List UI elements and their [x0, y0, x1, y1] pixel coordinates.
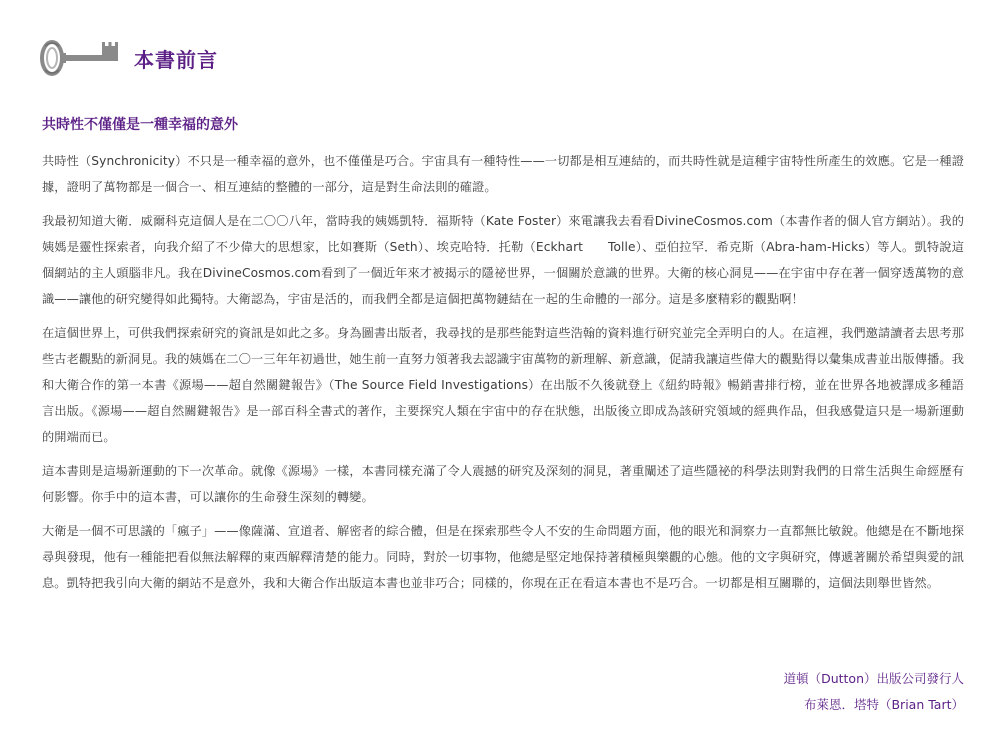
signature-name: 布萊恩．塔特（Brian Tart） — [784, 692, 964, 718]
signature: 道頓（Dutton）出版公司發行人 布萊恩．塔特（Brian Tart） — [784, 666, 964, 718]
paragraph: 這本書則是這場新運動的下一次革命。就像《源場》一樣，本書同樣充滿了令人震撼的研究… — [42, 458, 964, 510]
page-title: 本書前言 — [134, 44, 218, 73]
paragraph: 大衛是一個不可思議的「瘋子」——像薩滿、宣道者、解密者的綜合體，但是在探索那些令… — [42, 518, 964, 596]
paragraph: 共時性（Synchronicity）不只是一種幸福的意外，也不僅僅是巧合。宇宙具… — [42, 148, 964, 200]
paragraph: 我最初知道大衛．威爾科克這個人是在二〇〇八年，當時我的姨媽凱特．福斯特（Kate… — [42, 208, 964, 312]
key-icon — [40, 38, 126, 78]
paragraph: 在這個世界上，可供我們探索研究的資訊是如此之多。身為圖書出版者，我尋找的是那些能… — [42, 320, 964, 450]
section-subtitle: 共時性不僅僅是一種幸福的意外 — [42, 114, 238, 134]
signature-publisher: 道頓（Dutton）出版公司發行人 — [784, 666, 964, 692]
body-text: 共時性（Synchronicity）不只是一種幸福的意外，也不僅僅是巧合。宇宙具… — [42, 148, 964, 604]
chapter-header: 本書前言 — [40, 38, 218, 78]
